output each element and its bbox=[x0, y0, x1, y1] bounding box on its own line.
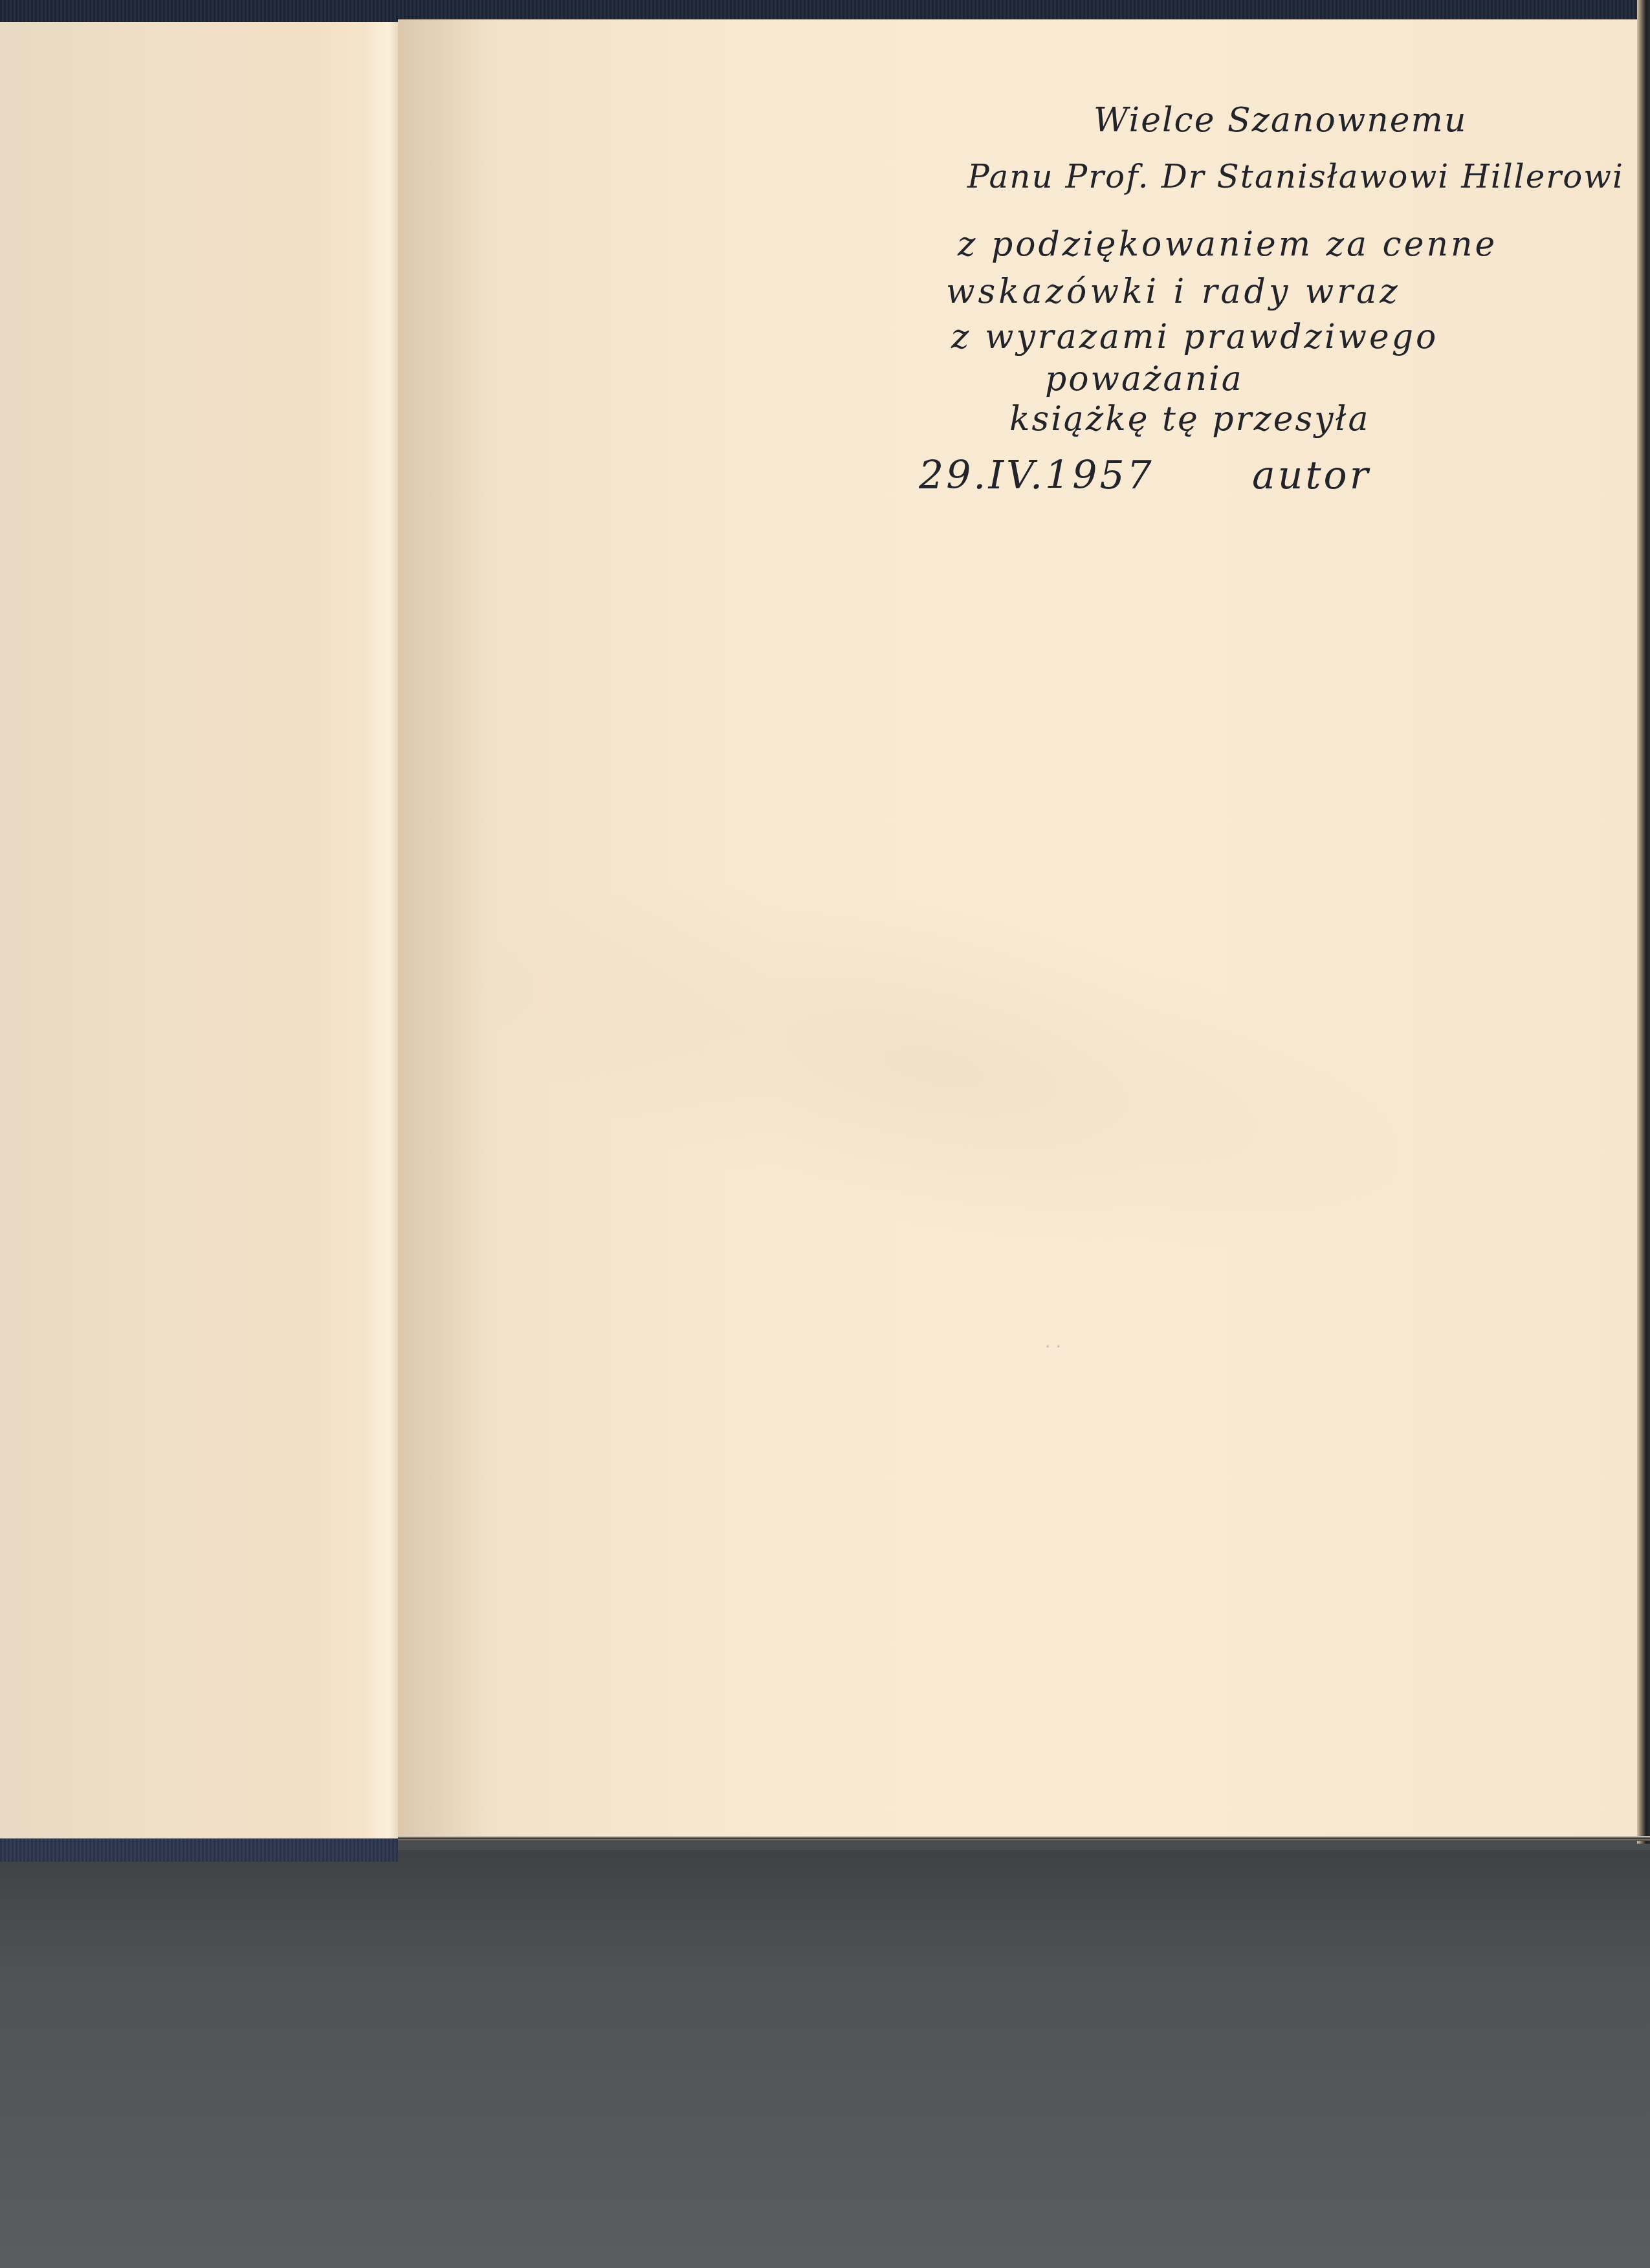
dedication-signature: autor bbox=[1252, 456, 1370, 495]
cloth-binding-bottom bbox=[0, 1838, 398, 1862]
scanner-background bbox=[0, 1850, 1650, 2268]
dedication-line-3: z podziękowaniem za cenne bbox=[958, 228, 1497, 261]
dedication-line-1: Wielce Szanownemu bbox=[1094, 104, 1467, 137]
dedication-date: 29.IV.1957 bbox=[919, 456, 1154, 495]
dedication-line-2: Panu Prof. Dr Stanisławowi Hillerowi bbox=[967, 160, 1624, 193]
dedication-line-7: książkę tę przesyła bbox=[1009, 402, 1370, 436]
dedication-line-5: z wyrazami prawdziwego bbox=[951, 320, 1438, 354]
page-edge-bottom bbox=[398, 1836, 1650, 1841]
dedication-line-4: wskazówki i rady wraz bbox=[946, 275, 1401, 309]
dedication-line-6: poważania bbox=[1045, 362, 1244, 396]
faint-pencil-mark: · · bbox=[1045, 1338, 1061, 1357]
handwritten-dedication: Wielce Szanownemu Panu Prof. Dr Stanisła… bbox=[0, 0, 1650, 582]
